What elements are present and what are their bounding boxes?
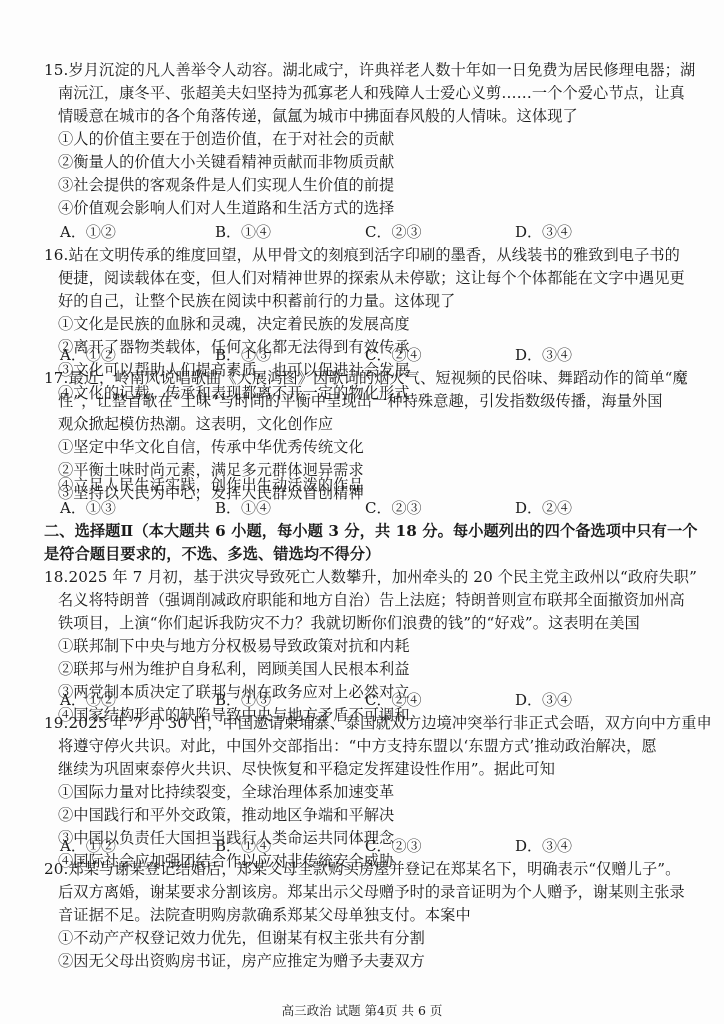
- choice-b: B．①④: [215, 498, 271, 518]
- choice-a: A．①②: [60, 836, 116, 856]
- choice-d: D．③④: [515, 836, 572, 856]
- question-stem-line: 音证据不足。法院查明购房款确系郑某父母单独支付。本案中: [58, 905, 471, 925]
- choice-d: D．③④: [515, 690, 572, 710]
- section-header-line: 是符合题目要求的，不选、多选、错选均不得分）: [44, 544, 380, 564]
- question-stem-line: 17.最近，岭南风说唱歌曲《大展鸿图》因歌词的烟火气、短视频的民俗味、舞蹈动作的…: [44, 368, 688, 388]
- option-1: ①联邦制下中央与地方分权极易导致政策对抗和内耗: [58, 636, 410, 656]
- question-stem-line: 20.郑某与谢某登记结婚后，郑某父母全款购买房屋并登记在郑某名下，明确表示“仅赠…: [44, 859, 680, 879]
- page-footer: 高三政治 试题 第4页 共 6 页: [0, 1001, 724, 1019]
- question-stem-line: 16.站在文明传承的维度回望，从甲骨文的刻痕到活字印刷的墨香，从线装书的雅致到电…: [44, 245, 680, 265]
- choice-c: C．②③: [365, 498, 421, 518]
- answer-choices: A．①② B．①③ C．②④ D．③④: [60, 345, 660, 365]
- option-3: ③社会提供的客观条件是人们实现人生价值的前提: [58, 175, 394, 195]
- choice-b: B．①④: [215, 836, 271, 856]
- question-stem-line: 将遵守停火共识。对此，中国外交部指出：“中方支持东盟以‘东盟方式’推动政治解决，…: [58, 736, 657, 756]
- question-stem-line: 19.2025 年 7 月 30 日，中国邀请柬埔寨、泰国就双方边境冲突举行非正…: [44, 713, 712, 733]
- question-stem-line: 观众掀起模仿热潮。这表明，文化创作应: [58, 414, 333, 434]
- choice-d: D．③④: [515, 345, 572, 365]
- answer-choices: A．①② B．①④ C．②③ D．③④: [60, 222, 660, 242]
- option-1: ①人的价值主要在于创造价值，在于对社会的贡献: [58, 129, 394, 149]
- choice-c: C．②④: [365, 690, 421, 710]
- option-2: ②因无父母出资购房书证，房产应推定为赠予夫妻双方: [58, 951, 425, 971]
- question-stem-line: 18.2025 年 7 月初，基于洪灾导致死亡人数攀升，加州牵头的 20 个民主…: [44, 567, 697, 587]
- option-2: ②衡量人的价值大小关键看精神贡献而非物质贡献: [58, 152, 394, 172]
- choice-b: B．①③: [215, 345, 271, 365]
- answer-choices: A．①③ B．①④ C．②③ D．②④: [60, 498, 660, 518]
- question-stem-line: 南沅江，康冬平、张超美夫妇坚持为孤寡老人和残障人士爱心义剪……一个个爱心节点，让…: [58, 83, 685, 103]
- question-stem-line: 性”，让整首歌在“土味”与时尚的平衡中呈现出一种特殊意趣，引发指数级传播，海量外…: [58, 391, 663, 411]
- choice-d: D．③④: [515, 222, 572, 242]
- choice-a: A．①②: [60, 222, 116, 242]
- option-1: ①国际力量对比持续裂变，全球治理体系加速变革: [58, 782, 394, 802]
- question-stem-line: 情暖意在城市的各个角落传递，氤氲为城市中拂面春风般的人情味。这体现了: [58, 106, 578, 126]
- question-stem-line: 铁项目，上演“你们起诉我防灾不力？我就切断你们浪费的钱”的“好戏”。这表明在美国: [58, 613, 640, 633]
- option-4: ④立足人民生活实践，创作出生动活泼的作品: [58, 475, 364, 495]
- question-stem-line: 好的自己，让整个民族在阅读中积蓄前行的力量。这体现了: [58, 291, 455, 311]
- question-stem-line: 后双方离婚，谢某要求分割该房。郑某出示父母赠予时的录音证明为个人赠予，谢某则主张…: [58, 882, 685, 902]
- choice-b: B．①④: [215, 222, 271, 242]
- option-1: ①坚定中华文化自信，传承中华优秀传统文化: [58, 437, 364, 457]
- answer-choices: A．①② B．①④ C．②③ D．③④: [60, 836, 660, 856]
- question-stem-line: 15.岁月沉淀的凡人善举令人动容。湖北咸宁，许典祥老人数十年如一日免费为居民修理…: [44, 60, 695, 80]
- answer-choices: A．①② B．①③ C．②④ D．③④: [60, 690, 660, 710]
- question-stem-line: 便捷，阅读载体在变，但人们对精神世界的探索从未停歇；这让每个个体都能在文字中遇见…: [58, 268, 685, 288]
- option-1: ①文化是民族的血脉和灵魂，决定着民族的发展高度: [58, 314, 410, 334]
- choice-c: C．②③: [365, 222, 421, 242]
- section-header-line: 二、选择题Ⅱ（本大题共 6 小题，每小题 3 分，共 18 分。每小题列出的四个…: [44, 521, 698, 541]
- choice-a: A．①③: [60, 498, 116, 518]
- exam-page: 15.岁月沉淀的凡人善举令人动容。湖北咸宁，许典祥老人数十年如一日免费为居民修理…: [0, 0, 724, 1024]
- option-1: ①不动产产权登记效力优先，但谢某有权主张共有分割: [58, 928, 425, 948]
- option-2: ②联邦与州为维护自身私利，罔顾美国人民根本利益: [58, 659, 410, 679]
- choice-d: D．②④: [515, 498, 572, 518]
- option-2: ②中国践行和平外交政策，推动地区争端和平解决: [58, 805, 394, 825]
- option-4: ④价值观会影响人们对人生道路和生活方式的选择: [58, 198, 394, 218]
- question-stem-line: 名义将特朗普（强调削减政府职能和地方自治）告上法庭；特朗普则宣布联邦全面撤资加州…: [58, 590, 685, 610]
- choice-a: A．①②: [60, 690, 116, 710]
- choice-c: C．②③: [365, 836, 421, 856]
- question-stem-line: 继续为巩固柬泰停火共识、尽快恢复和平稳定发挥建设性作用”。据此可知: [58, 759, 555, 779]
- choice-b: B．①③: [215, 690, 271, 710]
- choice-a: A．①②: [60, 345, 116, 365]
- choice-c: C．②④: [365, 345, 421, 365]
